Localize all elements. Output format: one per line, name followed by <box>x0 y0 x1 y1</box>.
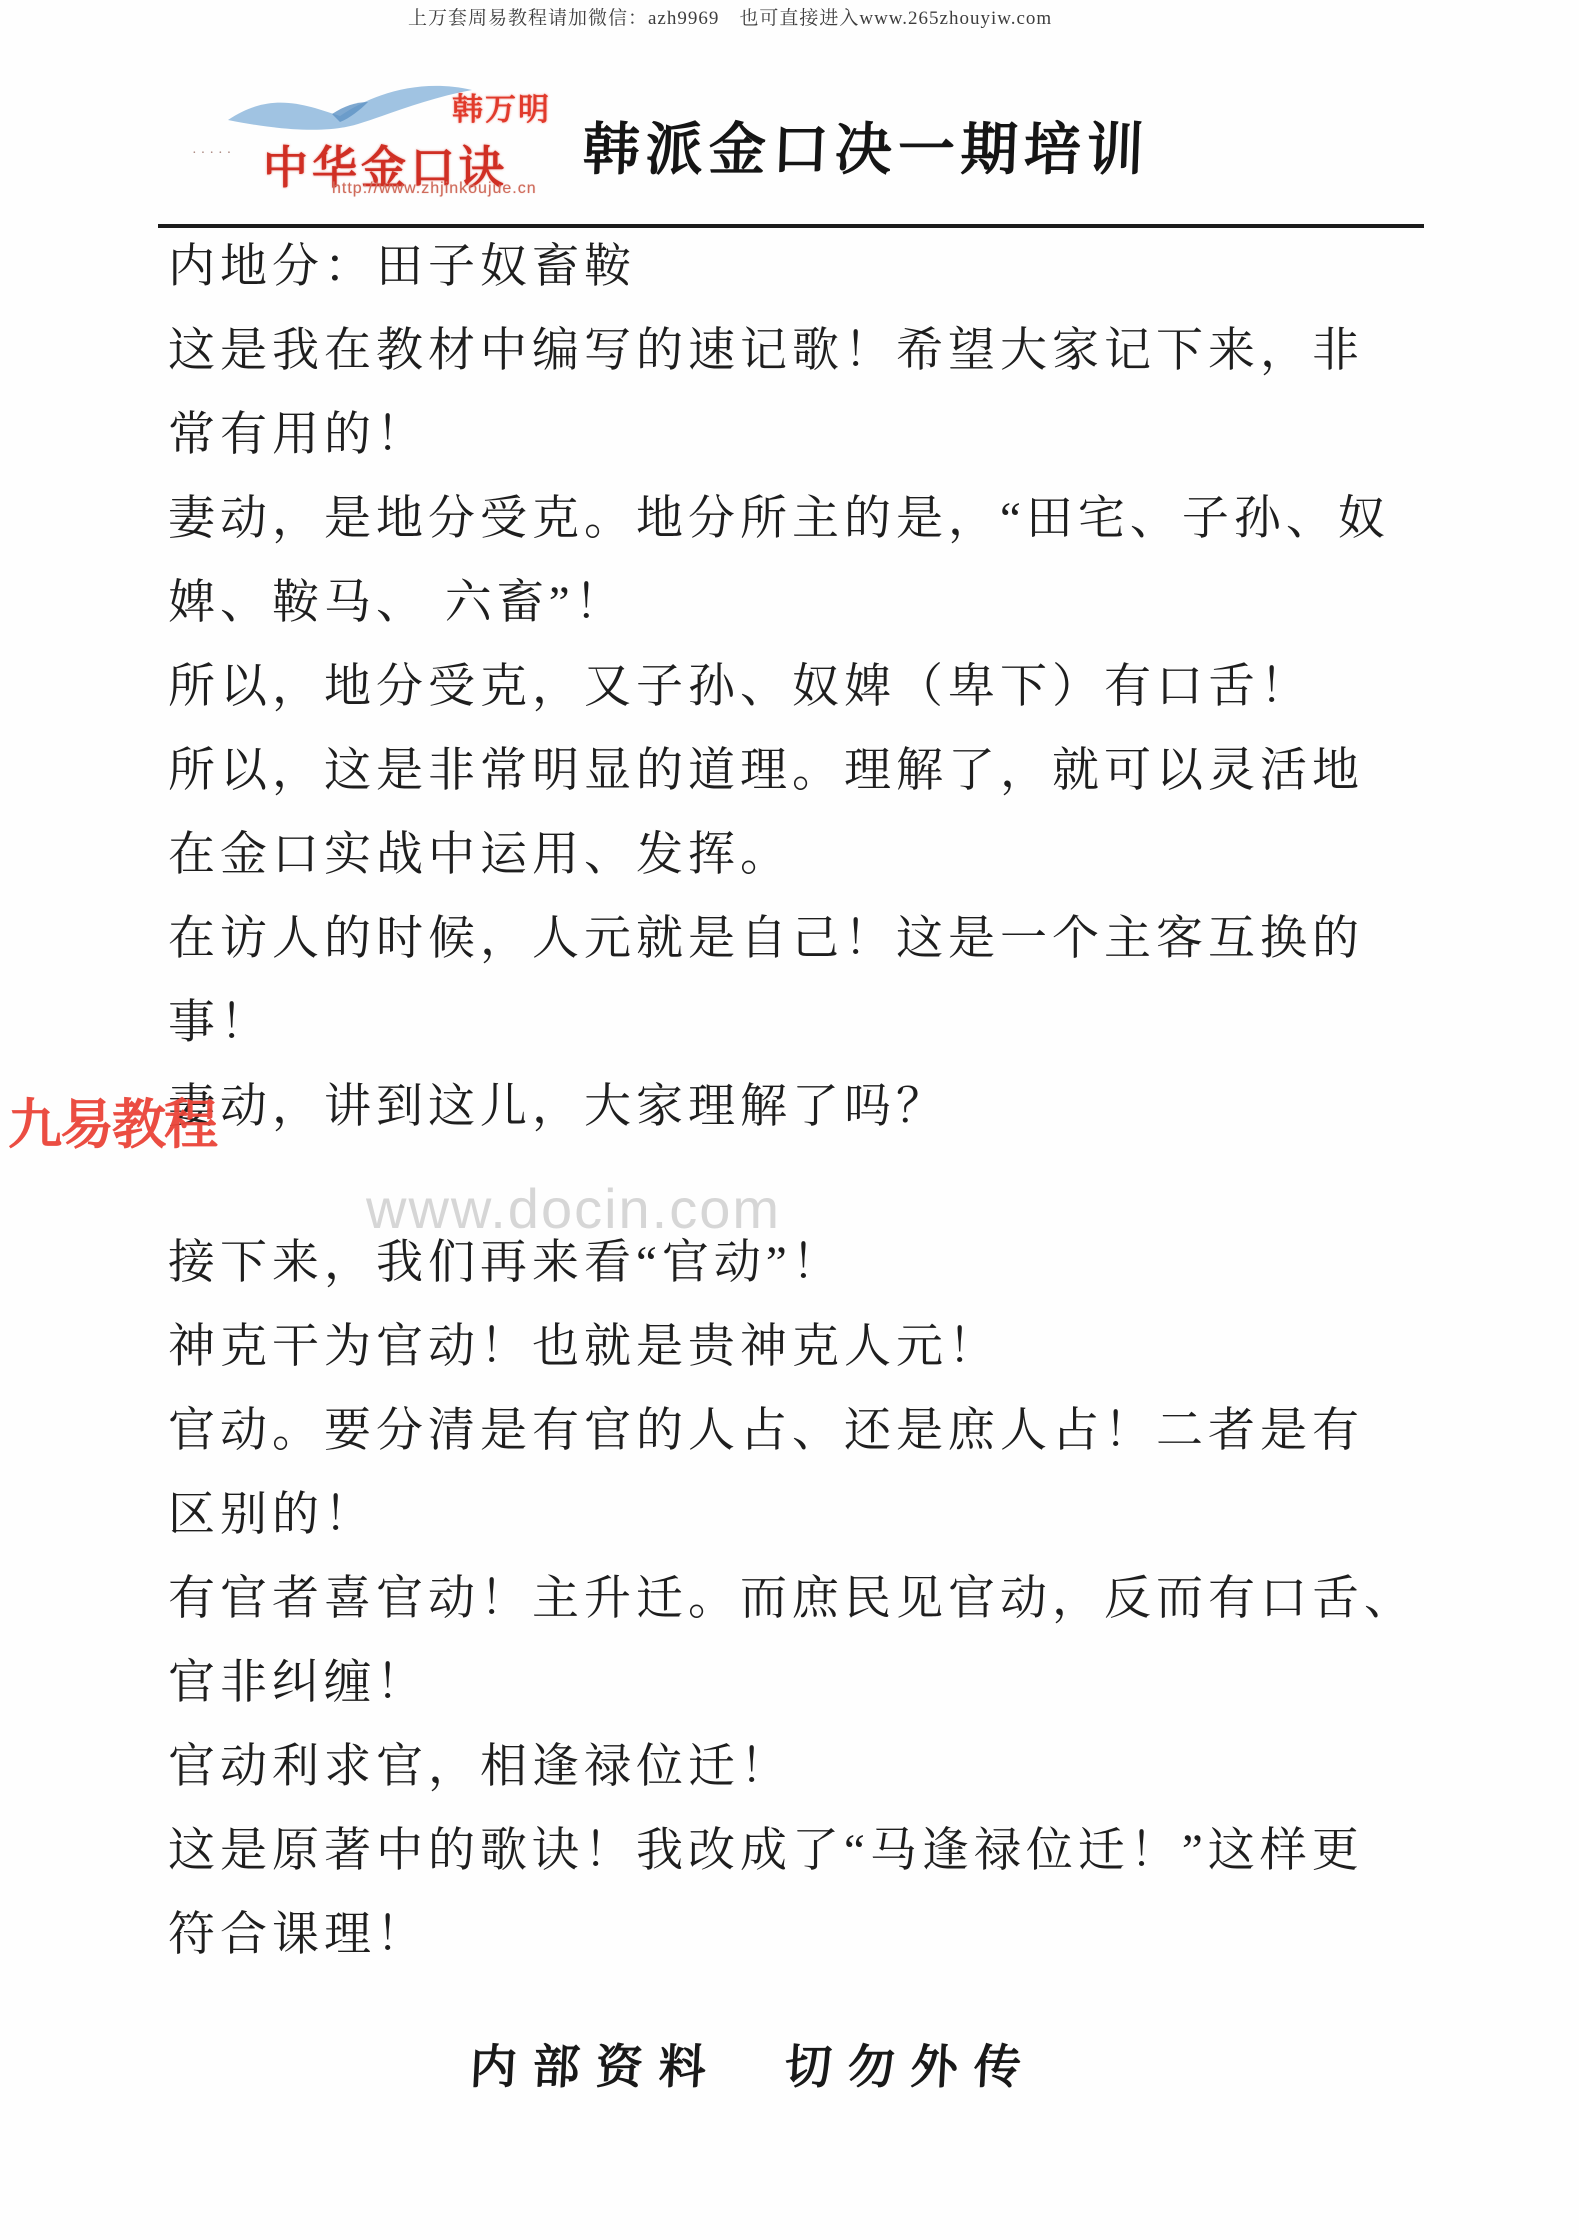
body-line: 内地分：田子奴畜鞍 <box>168 225 1448 309</box>
document-page: 上万套周易教程请加微信：azh9969 也可直接进入www.265zhouyiw… <box>0 0 1579 2240</box>
body-line: 官非纠缠！ <box>168 1641 1448 1725</box>
body-line: 在访人的时候，人元就是自己！这是一个主客互换的 <box>168 897 1448 981</box>
body-line: 官动。要分清是有官的人占、还是庶人占！二者是有 <box>168 1389 1448 1473</box>
logo-author-name: 韩万明 <box>452 84 551 129</box>
body-line: 官动利求官，相逢禄位迁！ <box>168 1725 1448 1809</box>
body-text-block-1: 内地分：田子奴畜鞍 这是我在教材中编写的速记歌！希望大家记下来，非 常有用的！ … <box>168 225 1448 1149</box>
body-line: 所以，这是非常明显的道理。理解了，就可以灵活地 <box>168 729 1448 813</box>
red-watermark-text: 九易教程 <box>8 1082 216 1159</box>
body-line: 婢、鞍马、 六畜”！ <box>168 561 1448 645</box>
body-line: 有官者喜官动！主升迁。而庶民见官动，反而有口舌、 <box>168 1557 1448 1641</box>
body-line: 接下来，我们再来看“官动”！ <box>168 1221 1448 1305</box>
body-line: 所以，地分受克，又子孙、奴婢（卑下）有口舌！ <box>168 645 1448 729</box>
footer-notice: 内部资料 切勿外传 <box>468 2030 1039 2097</box>
body-text-block-2: 接下来，我们再来看“官动”！ 神克干为官动！也就是贵神克人元！ 官动。要分清是有… <box>168 1221 1448 1977</box>
body-line: 符合课理！ <box>168 1893 1448 1977</box>
body-line: 常有用的！ <box>168 393 1448 477</box>
body-line: 神克干为官动！也就是贵神克人元！ <box>168 1305 1448 1389</box>
body-line: 在金口实战中运用、发挥。 <box>168 813 1448 897</box>
logo-dot-marks: ····· <box>192 146 235 162</box>
body-line: 这是我在教材中编写的速记歌！希望大家记下来，非 <box>168 309 1448 393</box>
body-line: 妻动，是地分受克。地分所主的是，“田宅、子孙、奴 <box>168 477 1448 561</box>
logo-url-text: http://www.zhjinkoujue.cn <box>332 180 537 198</box>
body-line: 妻动，讲到这儿，大家理解了吗？ <box>168 1065 1448 1149</box>
body-line: 事！ <box>168 981 1448 1065</box>
top-notice-text: 上万套周易教程请加微信：azh9969 也可直接进入www.265zhouyiw… <box>408 3 1052 30</box>
body-line: 这是原著中的歌诀！我改成了“马逢禄位迁！”这样更 <box>168 1809 1448 1893</box>
page-title: 韩派金口决一期培训 <box>582 104 1152 186</box>
body-line: 区别的！ <box>168 1473 1448 1557</box>
